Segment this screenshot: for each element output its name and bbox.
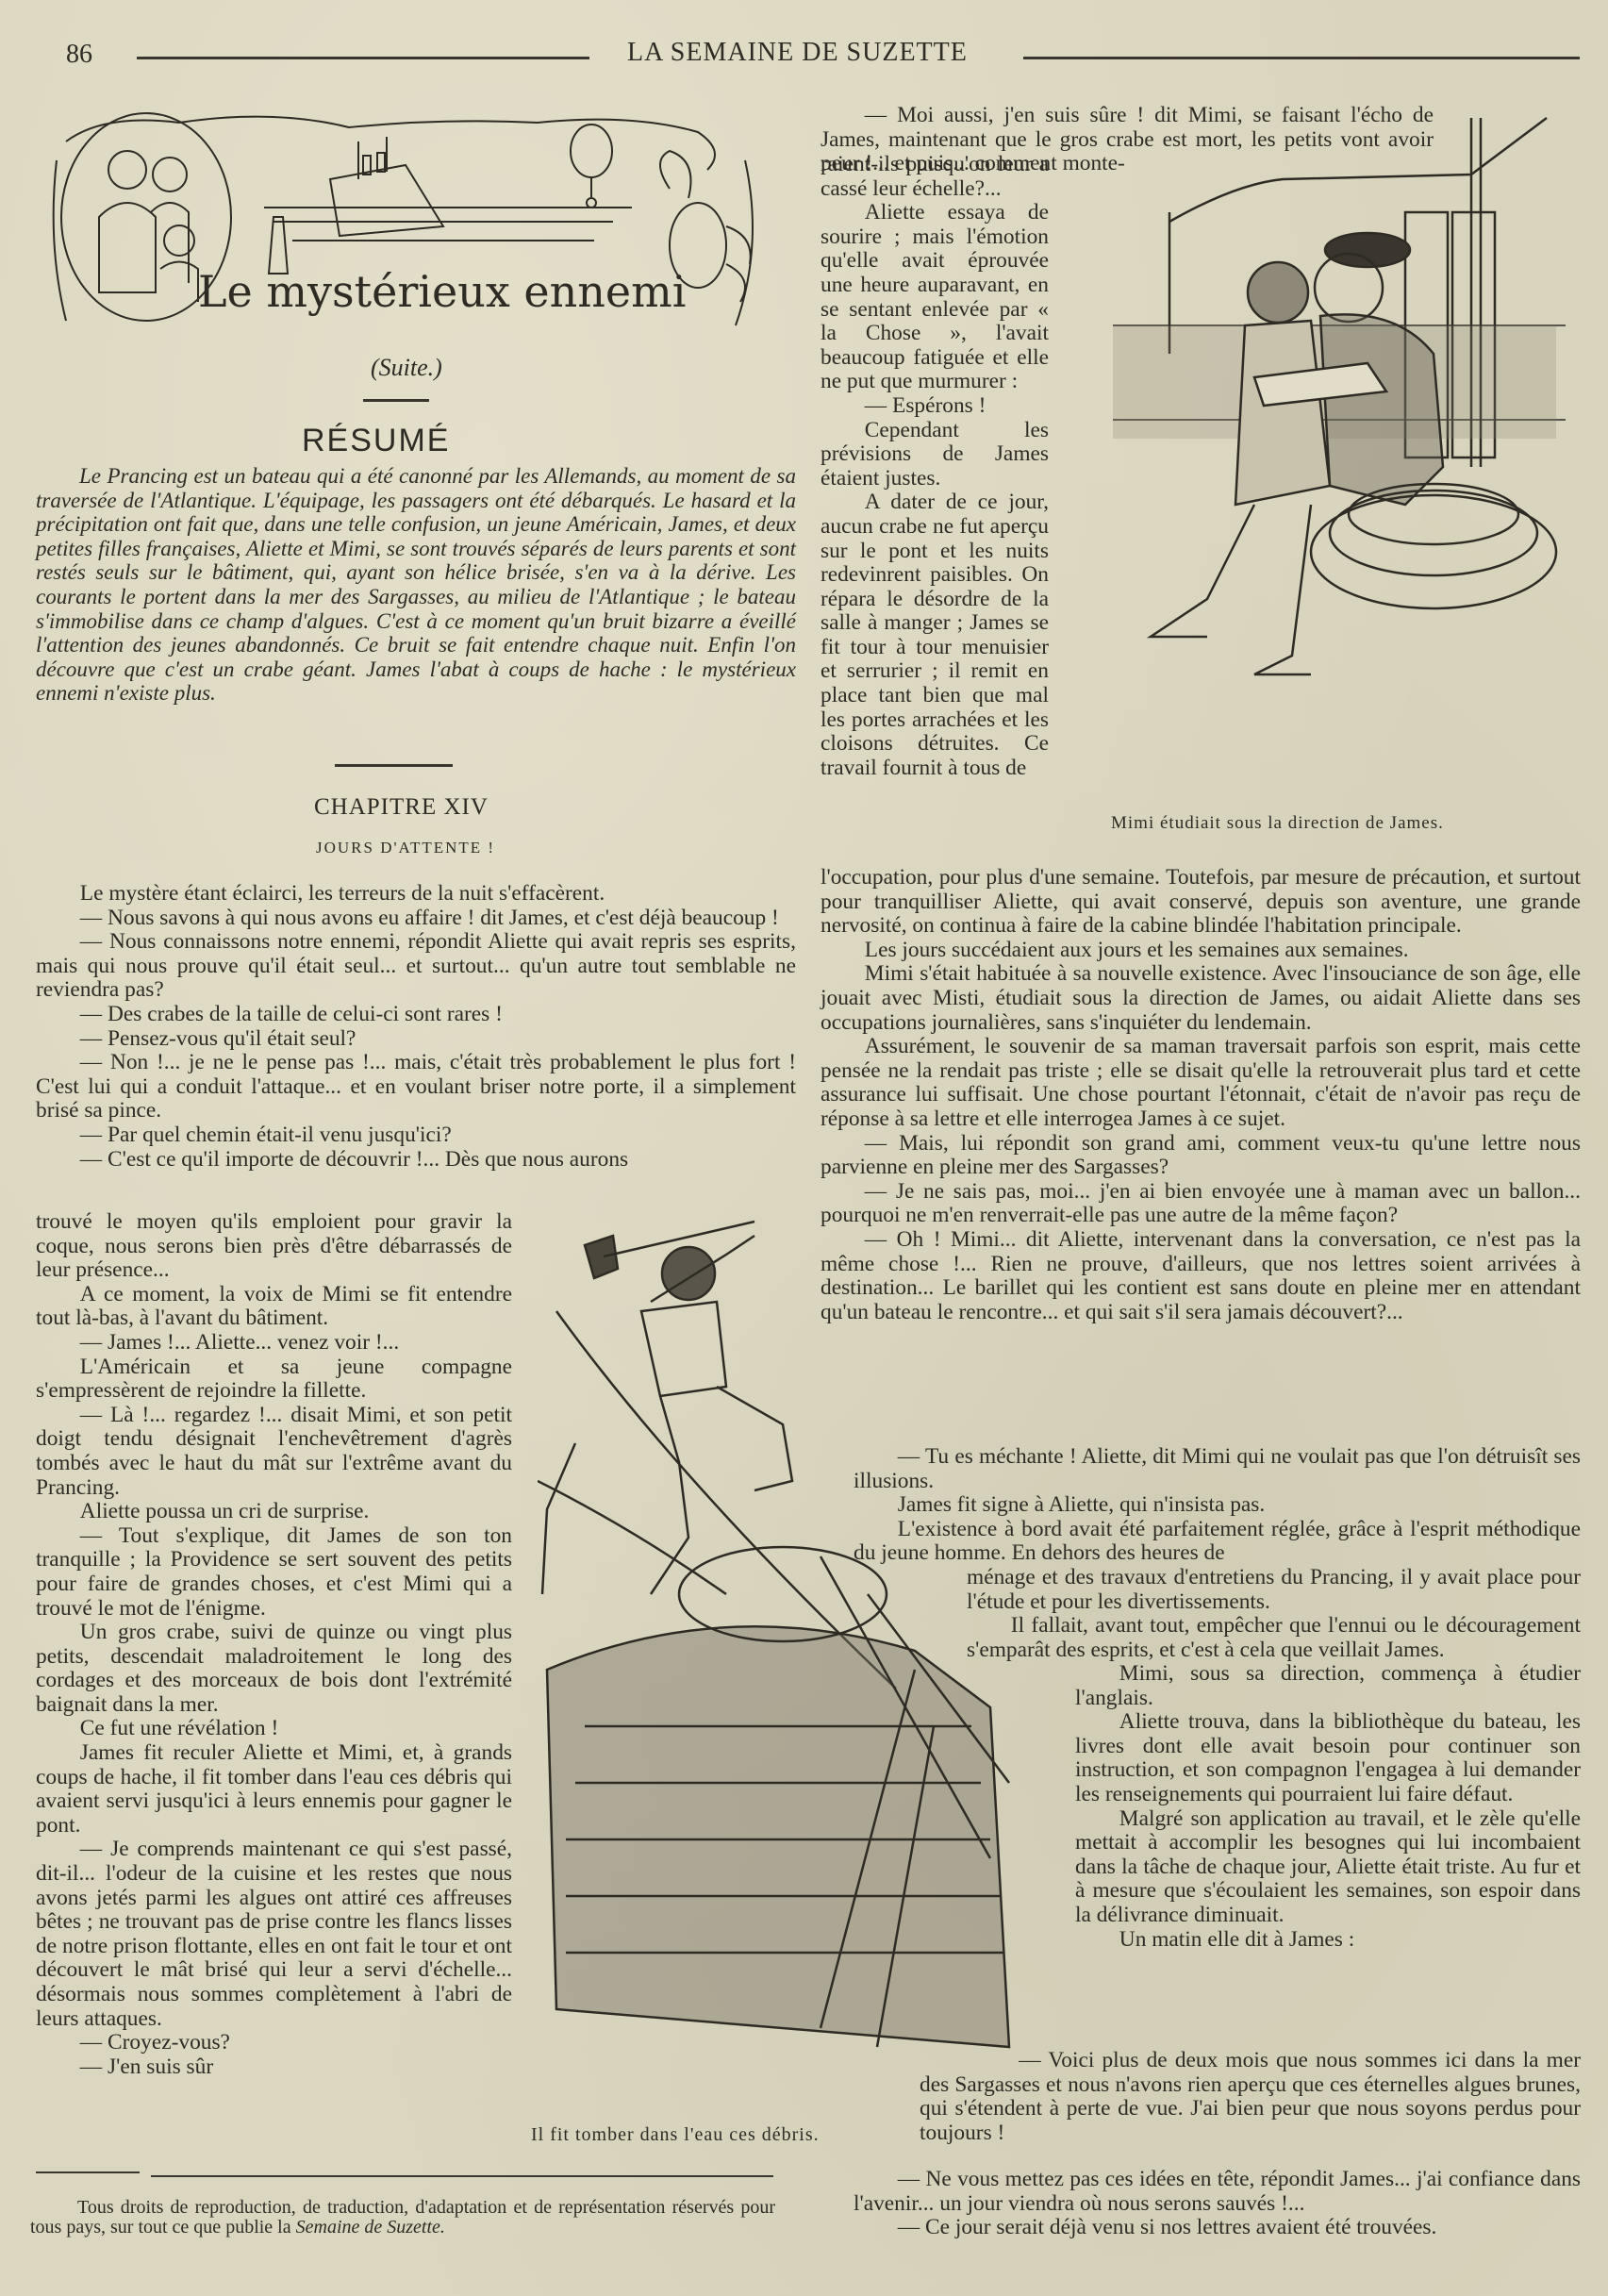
right-column-final: — Ne vous mettez pas ces idées en tête, …	[854, 2168, 1581, 2240]
chapter-subtitle: JOURS D'ATTENTE !	[316, 839, 495, 857]
axe-illustration-caption: Il fit tomber dans l'eau ces débris.	[531, 2124, 820, 2146]
axe-illustration	[538, 1198, 1028, 2104]
right-column-indented: — Tu es méchante ! Aliette, dit Mimi qui…	[854, 1445, 1581, 1566]
paragraph: — Par quel chemin était-il venu jusqu'ic…	[36, 1123, 796, 1148]
paragraph: — Mais, lui répondit son grand ami, comm…	[821, 1132, 1581, 1180]
left-column-top: Le mystère étant éclairci, les terreurs …	[36, 882, 796, 1172]
right-column-wide: l'occupation, pour plus d'une semaine. T…	[821, 866, 1581, 1324]
paragraph: — Pensez-vous qu'il était seul?	[36, 1027, 796, 1052]
sailor-reading-icon	[1094, 108, 1589, 807]
paragraph: James fit reculer Aliette et Mimi, et, à…	[36, 1741, 512, 1838]
reading-illustration	[1094, 108, 1589, 807]
paragraph: Malgré son application au travail, et le…	[1075, 1807, 1581, 1928]
paragraph: — Non !... je ne le pense pas !... mais,…	[36, 1051, 796, 1123]
header-rule-left	[137, 57, 589, 59]
paragraph: — Je ne sais pas, moi... j'en ai bien en…	[821, 1180, 1581, 1228]
journal-title: LA SEMAINE DE SUZETTE	[627, 38, 968, 68]
paragraph: Aliette poussa un cri de surprise.	[36, 1500, 512, 1524]
resume-rule	[335, 764, 453, 767]
paragraph: — James !... Aliette... venez voir !...	[36, 1331, 512, 1356]
right-column-narrow: raient-ils puisqu'on leur a cassé leur é…	[821, 153, 1049, 780]
paragraph: — Nous connaissons notre ennemi, répondi…	[36, 930, 796, 1003]
paragraph: — Oh ! Mimi... dit Aliette, intervenant …	[821, 1228, 1581, 1324]
paragraph: Mimi s'était habituée à sa nouvelle exis…	[821, 962, 1581, 1035]
man-with-axe-icon	[538, 1198, 1028, 2104]
right-column-quote: — Voici plus de deux mois que nous somme…	[920, 2049, 1581, 2145]
paragraph: L'existence à bord avait été parfaitemen…	[854, 1518, 1581, 1566]
paragraph: Il fallait, avant tout, empêcher que l'e…	[967, 1614, 1581, 1662]
resume-heading: RÉSUMÉ	[302, 423, 450, 459]
paragraph: — Nous savons à qui nous avons eu affair…	[36, 907, 796, 931]
paragraph: — Espérons !	[821, 394, 1049, 419]
paragraph: Un matin elle dit à James :	[1075, 1928, 1581, 1953]
paragraph: — Tout s'explique, dit James de son ton …	[36, 1524, 512, 1621]
rights-publication: Semaine de Suzette.	[296, 2217, 445, 2238]
paragraph: ménage et des travaux d'entretiens du Pr…	[967, 1566, 1581, 1614]
right-column-narrow-bottom: Mimi, sous sa direction, commença à étud…	[1075, 1662, 1581, 1952]
reading-illustration-caption: Mimi étudiait sous la direction de James…	[1111, 813, 1444, 834]
paragraph: A ce moment, la voix de Mimi se fit ente…	[36, 1283, 512, 1331]
paragraph: Un gros crabe, suivi de quinze ou vingt …	[36, 1621, 512, 1717]
paragraph: — Ce jour serait déjà venu si nos lettre…	[854, 2216, 1581, 2240]
page-number: 86	[66, 40, 92, 70]
footer-rule-right	[151, 2175, 773, 2177]
title-banner-icon: Le mystérieux ennemi	[47, 104, 783, 330]
paragraph: — Ne vous mettez pas ces idées en tête, …	[854, 2168, 1581, 2216]
paragraph: A dater de ce jour, aucun crabe ne fut a…	[821, 491, 1049, 780]
paragraph: — C'est ce qu'il importe de découvrir !.…	[36, 1148, 796, 1173]
paragraph: Le mystère étant éclairci, les terreurs …	[36, 882, 796, 907]
header-rule-right	[1023, 57, 1580, 59]
title-banner: Le mystérieux ennemi	[47, 104, 783, 330]
paragraph: — Voici plus de deux mois que nous somme…	[920, 2049, 1581, 2145]
paragraph: Les jours succédaient aux jours et les s…	[821, 939, 1581, 963]
paragraph: Mimi, sous sa direction, commença à étud…	[1075, 1662, 1581, 1710]
paragraph: Ce fut une révélation !	[36, 1717, 512, 1741]
resume-text: Le Prancing est un bateau qui a été cano…	[36, 464, 796, 706]
suite-label: (Suite.)	[371, 354, 442, 382]
paragraph: — Des crabes de la taille de celui-ci so…	[36, 1003, 796, 1027]
paragraph: — Je comprends maintenant ce qui s'est p…	[36, 1838, 512, 2031]
left-column-narrow: trouvé le moyen qu'ils emploient pour gr…	[36, 1210, 512, 2079]
paragraph: Cependant les prévisions de James étaien…	[821, 419, 1049, 491]
rights-notice: Tous droits de reproduction, de traducti…	[30, 2198, 775, 2238]
paragraph: — Croyez-vous?	[36, 2031, 512, 2055]
paragraph: James fit signe à Aliette, qui n'insista…	[854, 1493, 1581, 1518]
paragraph: Assurément, le souvenir de sa maman trav…	[821, 1035, 1581, 1131]
paragraph: Aliette trouva, dans la bibliothèque du …	[1075, 1710, 1581, 1806]
paragraph: — Tu es méchante ! Aliette, dit Mimi qui…	[854, 1445, 1581, 1493]
paragraph: l'occupation, pour plus d'une semaine. T…	[821, 866, 1581, 939]
resume-paragraph: Le Prancing est un bateau qui a été cano…	[36, 464, 796, 706]
suite-rule	[363, 399, 429, 402]
paragraph: — Là !... regardez !... disait Mimi, et …	[36, 1404, 512, 1500]
footer-rule-left	[36, 2171, 140, 2173]
right-column-wrap: ménage et des travaux d'entretiens du Pr…	[967, 1566, 1581, 1662]
paragraph: — J'en suis sûr	[36, 2055, 512, 2080]
paragraph: L'Américain et sa jeune compagne s'empre…	[36, 1356, 512, 1404]
paragraph: Aliette essaya de sourire ; mais l'émoti…	[821, 201, 1049, 394]
chapter-number: CHAPITRE XIV	[314, 794, 489, 821]
svg-text:Le mystérieux ennemi: Le mystérieux ennemi	[198, 266, 686, 317]
paragraph: raient-ils puisqu'on leur a cassé leur é…	[821, 153, 1049, 201]
paragraph: trouvé le moyen qu'ils emploient pour gr…	[36, 1210, 512, 1283]
